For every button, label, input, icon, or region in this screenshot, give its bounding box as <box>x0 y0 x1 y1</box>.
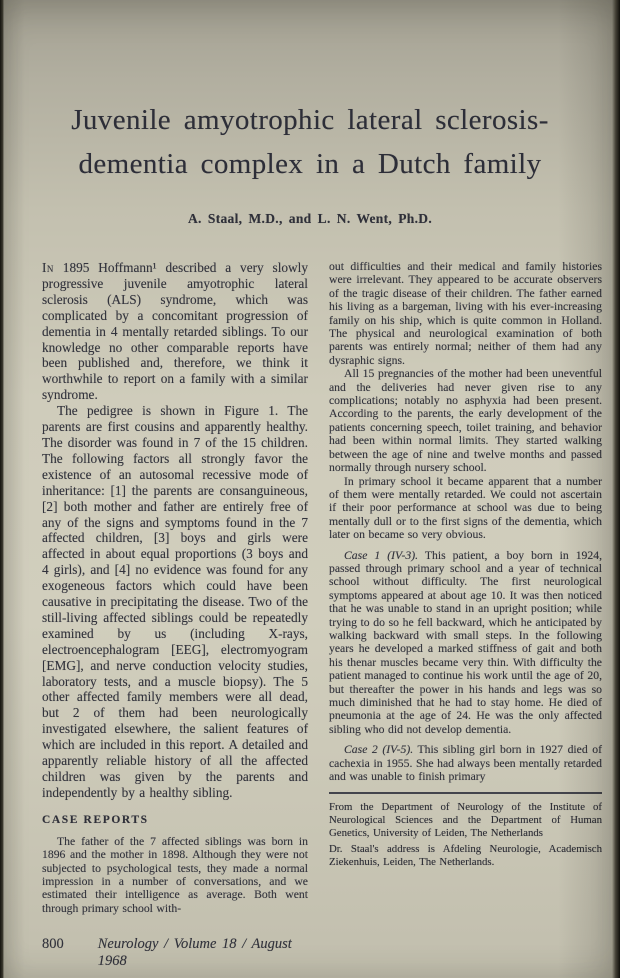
journal-citation: Neurology / Volume 18 / August 1968 <box>98 936 308 970</box>
continuation-paragraph: out difficulties and their medical and f… <box>329 260 602 367</box>
paragraph-text: In primary school it became apparent tha… <box>329 475 602 542</box>
article-title: Juvenile amyotrophic lateral sclerosis- … <box>30 98 590 186</box>
column-left: In 1895 Hoffmann¹ described a very slowl… <box>42 260 308 970</box>
case-1-lead: Case 1 (IV-3). <box>344 549 418 562</box>
affiliation-footnote: From the Department of Neurology of the … <box>329 801 602 841</box>
pregnancies-paragraph: All 15 pregnancies of the mother had bee… <box>329 367 602 474</box>
case-1-paragraph: Case 1 (IV-3). This patient, a boy born … <box>329 549 602 737</box>
case-2-lead: Case 2 (IV-5). <box>344 743 413 756</box>
article-title-line2: dementia complex in a Dutch family <box>30 142 590 186</box>
paragraph-text: This patient, a boy born in 1924, passed… <box>329 549 602 736</box>
article-body: In 1895 Hoffmann¹ described a very slowl… <box>42 260 602 970</box>
paragraph-text: The father of the 7 affected siblings wa… <box>42 835 308 915</box>
intro-paragraph-2: The pedigree is shown in Figure 1. The p… <box>42 403 308 801</box>
scanned-journal-page: Juvenile amyotrophic lateral sclerosis- … <box>0 0 620 978</box>
page-footer: 800 Neurology / Volume 18 / August 1968 <box>42 936 308 970</box>
section-heading-case-reports: CASE REPORTS <box>42 814 308 826</box>
authors-byline: A. Staal, M.D., and L. N. Went, Ph.D. <box>0 211 620 227</box>
paragraph-text: out difficulties and their medical and f… <box>329 260 602 367</box>
intro-paragraph-1: In 1895 Hoffmann¹ described a very slowl… <box>42 260 308 403</box>
article-title-line1: Juvenile amyotrophic lateral sclerosis- <box>30 98 590 142</box>
address-footnote: Dr. Staal's address is Afdeling Neurolog… <box>329 843 602 869</box>
page-number: 800 <box>42 936 64 953</box>
scan-edge-right <box>612 0 620 978</box>
scan-edge-left <box>0 0 4 978</box>
case-2-paragraph: Case 2 (IV-5). This sibling girl born in… <box>329 743 602 783</box>
paragraph-text: All 15 pregnancies of the mother had bee… <box>329 367 602 474</box>
paragraph-text: The pedigree is shown in Figure 1. The p… <box>42 403 308 800</box>
primary-school-paragraph: In primary school it became apparent tha… <box>329 475 602 542</box>
column-right: out difficulties and their medical and f… <box>329 260 602 970</box>
opening-word: In <box>42 260 54 275</box>
paragraph-text: 1895 Hoffmann¹ described a very slowly p… <box>42 260 308 402</box>
footnote-block: From the Department of Neurology of the … <box>329 792 602 869</box>
case-reports-intro-paragraph: The father of the 7 affected siblings wa… <box>42 835 308 915</box>
footnote-rule <box>329 792 602 794</box>
